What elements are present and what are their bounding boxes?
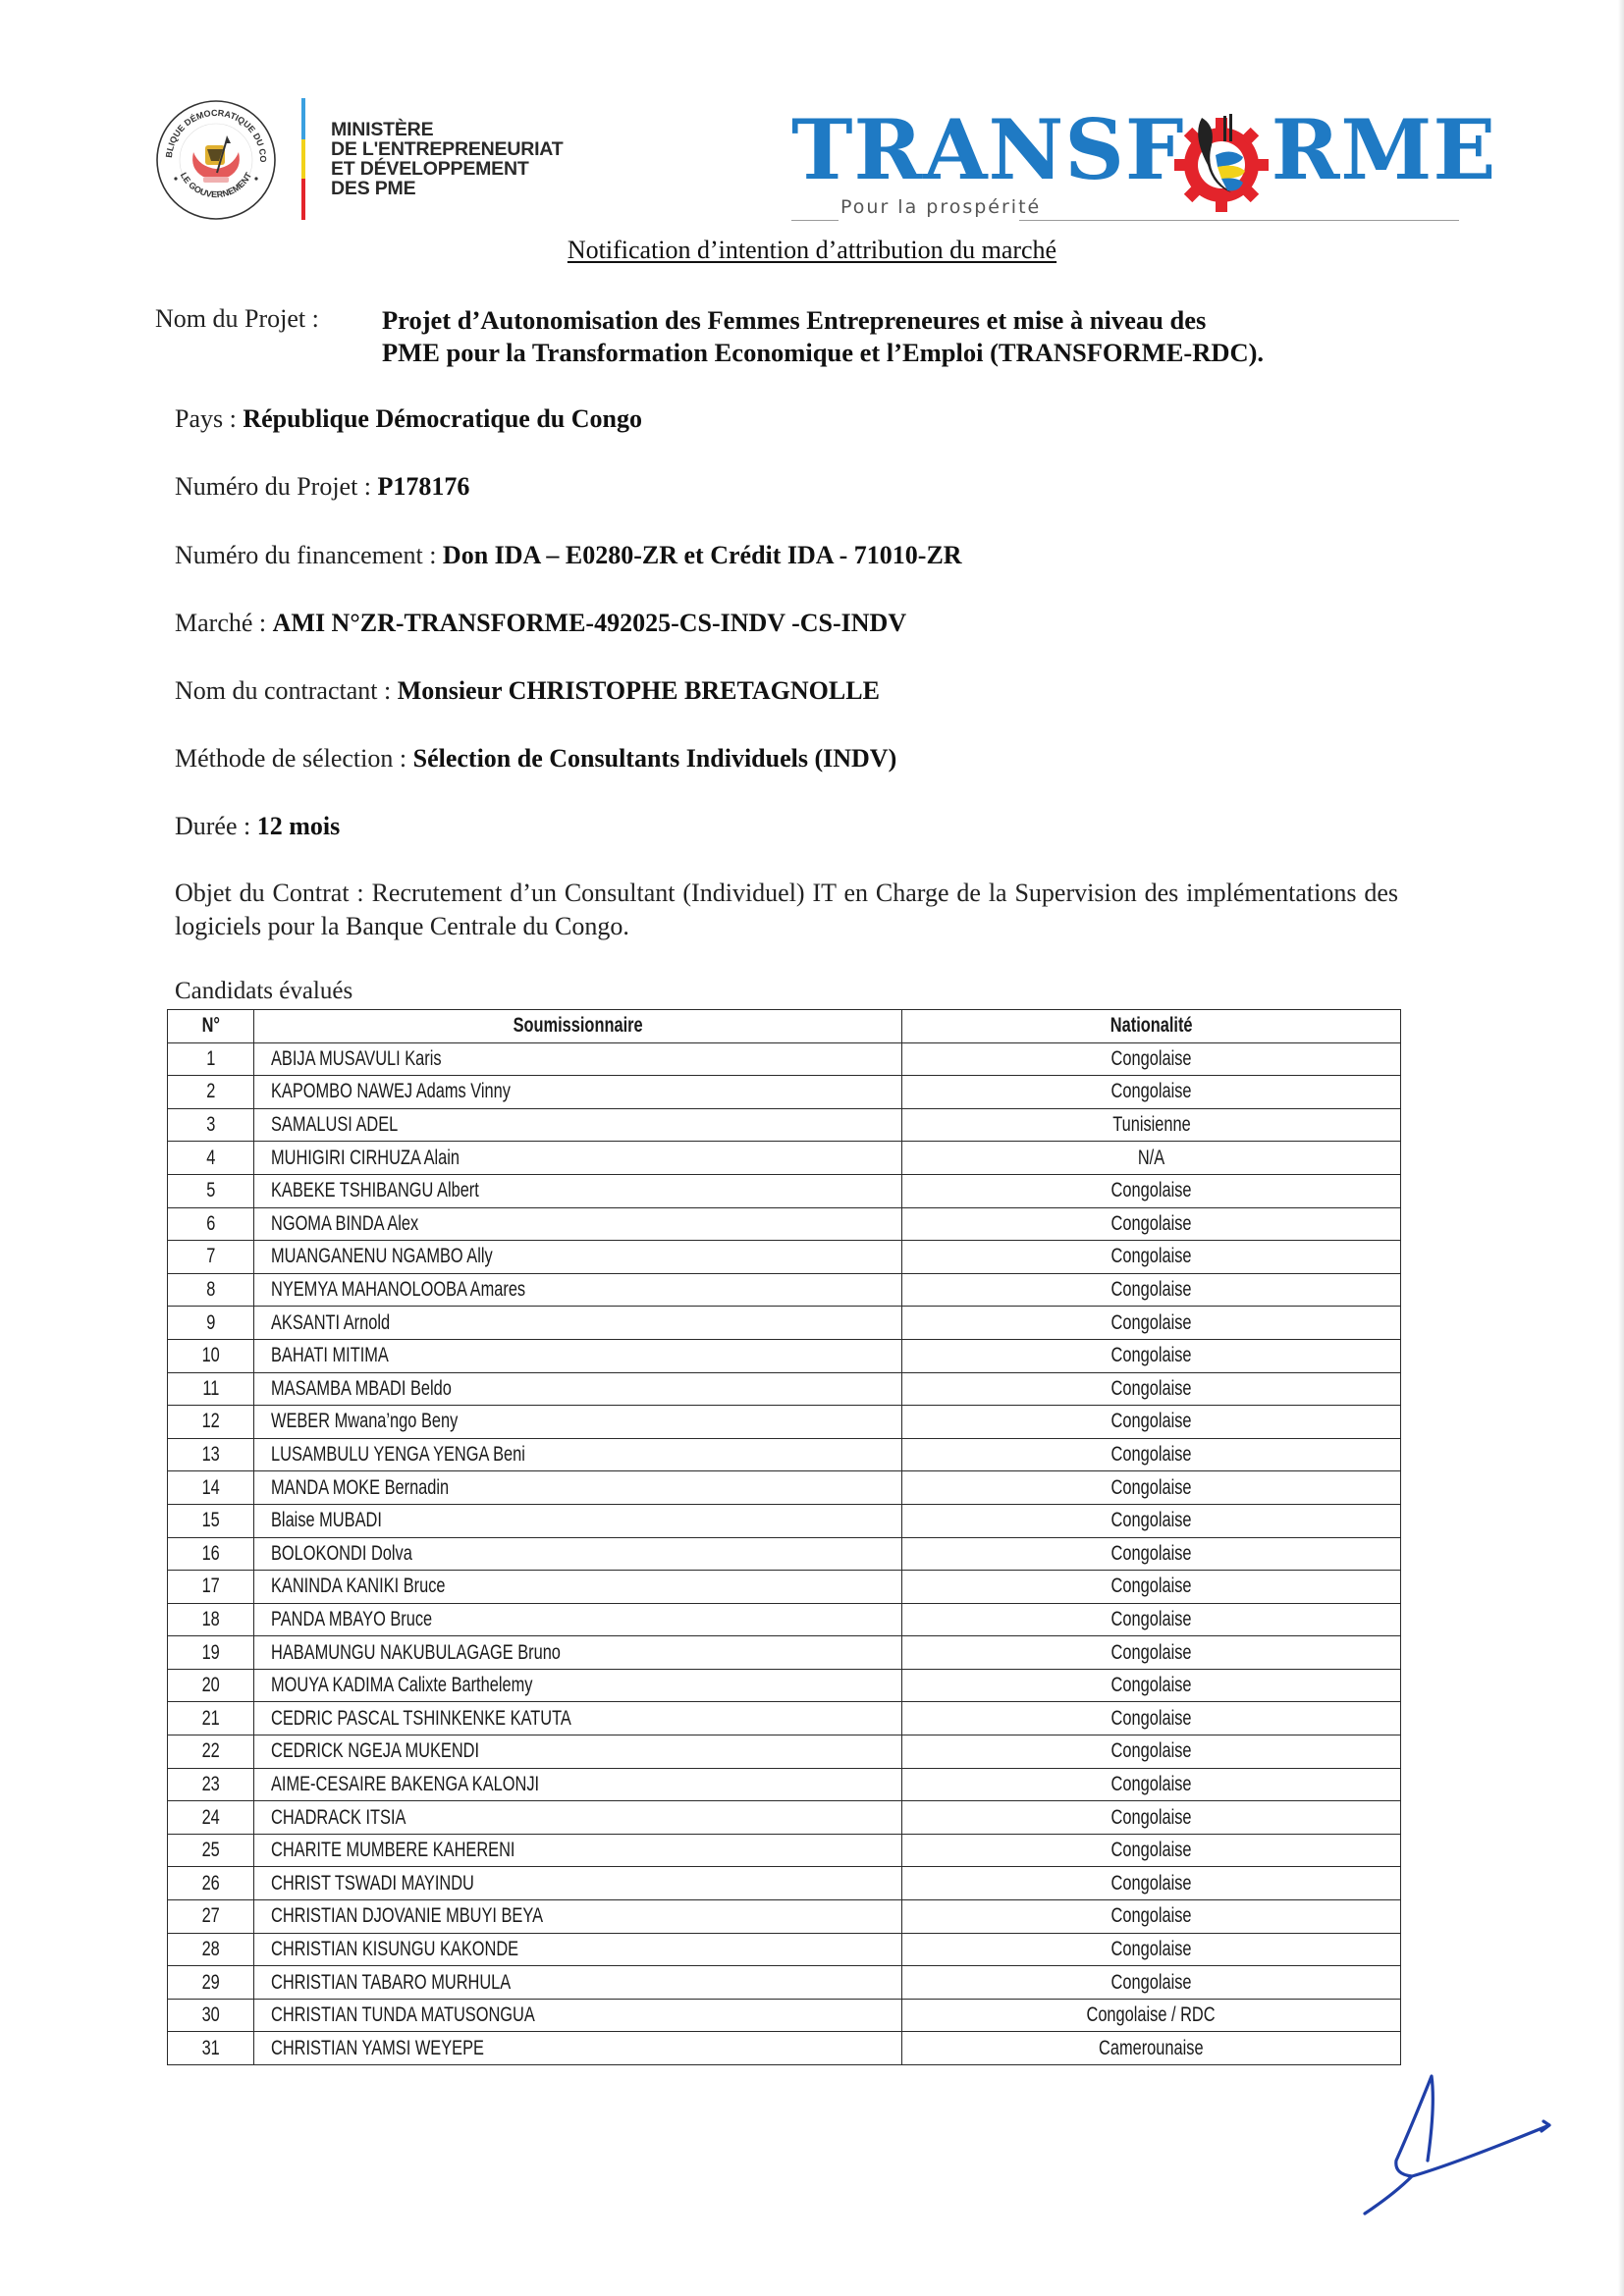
project-name: Projet d’Autonomisation des Femmes Entre… [382,304,1264,369]
row-number: 31 [168,2032,254,2065]
table-row: 5KABEKE TSHIBANGU AlbertCongolaise [168,1174,1401,1207]
table-header-row: N° Soumissionnaire Nationalité [168,1010,1401,1043]
field-country: Pays : République Démocratique du Congo [175,404,642,434]
row-number: 20 [168,1669,254,1702]
nationality: Congolaise [902,1207,1401,1241]
table-row: 23AIME-CESAIRE BAKENGA KALONJICongolaise [168,1768,1401,1801]
row-number: 4 [168,1142,254,1175]
nationality: Congolaise [902,1669,1401,1702]
bidder-name: SAMALUSI ADEL [254,1108,902,1142]
row-number: 14 [168,1471,254,1505]
nationality: Congolaise [902,1768,1401,1801]
bidder-name: HABAMUNGU NAKUBULAGAGE Bruno [254,1636,902,1670]
table-row: 13LUSAMBULU YENGA YENGA BeniCongolaise [168,1438,1401,1471]
bidder-name: BAHATI MITIMA [254,1339,902,1372]
row-number: 18 [168,1603,254,1636]
candidates-table: N° Soumissionnaire Nationalité 1ABIJA MU… [167,1009,1401,2065]
signature-icon [1355,2066,1571,2223]
nationality: Congolaise [902,1603,1401,1636]
candidates-label: Candidats évalués [175,978,352,1005]
row-number: 28 [168,1933,254,1966]
bidder-name: AKSANTI Arnold [254,1307,902,1340]
bidder-name: KAPOMBO NAWEJ Adams Vinny [254,1076,902,1109]
table-row: 18PANDA MBAYO BruceCongolaise [168,1603,1401,1636]
nationality: Congolaise [902,1076,1401,1109]
bidder-name: MUHIGIRI CIRHUZA Alain [254,1142,902,1175]
bidder-name: CHRISTIAN TABARO MURHULA [254,1966,902,2000]
ministry-name: MINISTÈRE DE L'ENTREPRENEURIAT ET DÉVELO… [331,120,563,220]
bidder-name: AIME-CESAIRE BAKENGA KALONJI [254,1768,902,1801]
bidder-name: CHARITE MUMBERE KAHERENI [254,1834,902,1867]
bidder-name: MANDA MOKE Bernadin [254,1471,902,1505]
nationality: Congolaise [902,1504,1401,1537]
bidder-name: Blaise MUBADI [254,1504,902,1537]
nationality: Congolaise [902,1636,1401,1670]
nationality: Congolaise [902,1273,1401,1307]
row-number: 26 [168,1867,254,1900]
field-project-number: Numéro du Projet : P178176 [175,472,469,502]
table-row: 8NYEMYA MAHANOLOOBA AmaresCongolaise [168,1273,1401,1307]
table-row: 27CHRISTIAN DJOVANIE MBUYI BEYACongolais… [168,1900,1401,1934]
row-number: 8 [168,1273,254,1307]
nationality: Congolaise [902,1702,1401,1735]
table-row: 25CHARITE MUMBERE KAHERENICongolaise [168,1834,1401,1867]
table-row: 24CHADRACK ITSIACongolaise [168,1801,1401,1835]
table-row: 17KANINDA KANIKI BruceCongolaise [168,1571,1401,1604]
flag-color-bar [301,98,305,220]
row-number: 9 [168,1307,254,1340]
table-row: 15Blaise MUBADICongolaise [168,1504,1401,1537]
bidder-name: CHRISTIAN YAMSI WEYEPE [254,2032,902,2065]
table-row: 9AKSANTI ArnoldCongolaise [168,1307,1401,1340]
row-number: 3 [168,1108,254,1142]
row-number: 13 [168,1438,254,1471]
nationality: Congolaise [902,1406,1401,1439]
table-row: 7MUANGANENU NGAMBO AllyCongolaise [168,1241,1401,1274]
brand-tagline: Pour la prospérité [840,196,1041,218]
nationality: Congolaise [902,1834,1401,1867]
field-financing-number: Numéro du financement : Don IDA – E0280-… [175,541,962,570]
field-duration: Durée : 12 mois [175,812,340,841]
table-row: 2KAPOMBO NAWEJ Adams VinnyCongolaise [168,1076,1401,1109]
table-row: 12WEBER Mwana’ngo BenyCongolaise [168,1406,1401,1439]
table-row: 10BAHATI MITIMACongolaise [168,1339,1401,1372]
nationality: Camerounaise [902,2032,1401,2065]
bidder-name: LUSAMBULU YENGA YENGA Beni [254,1438,902,1471]
contract-object: Objet du Contrat : Recrutement d’un Cons… [175,877,1398,943]
table-row: 11MASAMBA MBADI BeldoCongolaise [168,1372,1401,1406]
row-number: 10 [168,1339,254,1372]
row-number: 5 [168,1174,254,1207]
table-row: 4MUHIGIRI CIRHUZA AlainN/A [168,1142,1401,1175]
bidder-name: MUANGANENU NGAMBO Ally [254,1241,902,1274]
bidder-name: ABIJA MUSAVULI Karis [254,1042,902,1076]
nationality: Congolaise [902,1339,1401,1372]
nationality: Congolaise [902,1933,1401,1966]
project-label: Nom du Projet : [155,304,319,334]
nationality: Congolaise / RDC [902,1999,1401,2032]
nationality: Congolaise [902,1372,1401,1406]
bidder-name: PANDA MBAYO Bruce [254,1603,902,1636]
row-number: 27 [168,1900,254,1934]
nationality: Congolaise [902,1438,1401,1471]
bidder-name: CEDRIC PASCAL TSHINKENKE KATUTA [254,1702,902,1735]
bidder-name: CEDRICK NGEJA MUKENDI [254,1735,902,1769]
row-number: 19 [168,1636,254,1670]
nationality: Congolaise [902,1174,1401,1207]
bidder-name: WEBER Mwana’ngo Beny [254,1406,902,1439]
bidder-name: NYEMYA MAHANOLOOBA Amares [254,1273,902,1307]
transforme-logo: TRANSFRME Pour la prospérité [791,106,1459,224]
row-number: 23 [168,1768,254,1801]
row-number: 15 [168,1504,254,1537]
row-number: 30 [168,1999,254,2032]
row-number: 17 [168,1571,254,1604]
nationality: Congolaise [902,1571,1401,1604]
table-row: 3SAMALUSI ADELTunisienne [168,1108,1401,1142]
page-edge [1618,0,1624,2296]
bidder-name: KABEKE TSHIBANGU Albert [254,1174,902,1207]
column-header-number: N° [168,1010,254,1043]
field-selection-method: Méthode de sélection : Sélection de Cons… [175,744,896,774]
bidder-name: CHRISTIAN TUNDA MATUSONGUA [254,1999,902,2032]
brand-wordmark: TRANSFRME [791,106,1496,194]
nationality: Congolaise [902,1735,1401,1769]
table-row: 30CHRISTIAN TUNDA MATUSONGUACongolaise /… [168,1999,1401,2032]
row-number: 1 [168,1042,254,1076]
row-number: 25 [168,1834,254,1867]
nationality: Congolaise [902,1801,1401,1835]
nationality: N/A [902,1142,1401,1175]
row-number: 16 [168,1537,254,1571]
row-number: 24 [168,1801,254,1835]
table-row: 26CHRIST TSWADI MAYINDUCongolaise [168,1867,1401,1900]
nationality: Congolaise [902,1867,1401,1900]
row-number: 12 [168,1406,254,1439]
bidder-name: CHRISTIAN KISUNGU KAKONDE [254,1933,902,1966]
nationality: Congolaise [902,1537,1401,1571]
bidder-name: MASAMBA MBADI Beldo [254,1372,902,1406]
nationality: Congolaise [902,1241,1401,1274]
nationality: Congolaise [902,1042,1401,1076]
bidder-name: KANINDA KANIKI Bruce [254,1571,902,1604]
row-number: 2 [168,1076,254,1109]
column-header-nationality: Nationalité [902,1010,1401,1043]
column-header-bidder: Soumissionnaire [254,1010,902,1043]
bidder-name: BOLOKONDI Dolva [254,1537,902,1571]
drc-government-seal-icon: RÉPUBLIQUE DÉMOCRATIQUE DU CONGO LE GOUV… [154,98,278,222]
row-number: 22 [168,1735,254,1769]
table-row: 14MANDA MOKE BernadinCongolaise [168,1471,1401,1505]
row-number: 6 [168,1207,254,1241]
document-title: Notification d’intention d’attribution d… [0,236,1624,265]
nationality: Congolaise [902,1966,1401,2000]
bidder-name: CHRISTIAN DJOVANIE MBUYI BEYA [254,1900,902,1934]
field-contractor: Nom du contractant : Monsieur CHRISTOPHE… [175,676,880,706]
table-row: 6NGOMA BINDA AlexCongolaise [168,1207,1401,1241]
row-number: 21 [168,1702,254,1735]
nationality: Congolaise [902,1307,1401,1340]
table-row: 29CHRISTIAN TABARO MURHULACongolaise [168,1966,1401,2000]
tagline-row: Pour la prospérité [791,196,1459,222]
table-row: 19HABAMUNGU NAKUBULAGAGE BrunoCongolaise [168,1636,1401,1670]
bidder-name: CHRIST TSWADI MAYINDU [254,1867,902,1900]
row-number: 11 [168,1372,254,1406]
row-number: 7 [168,1241,254,1274]
field-market: Marché : AMI N°ZR-TRANSFORME-492025-CS-I… [175,609,906,638]
bidder-name: NGOMA BINDA Alex [254,1207,902,1241]
table-row: 22CEDRICK NGEJA MUKENDICongolaise [168,1735,1401,1769]
table-row: 28CHRISTIAN KISUNGU KAKONDECongolaise [168,1933,1401,1966]
table-row: 1ABIJA MUSAVULI KarisCongolaise [168,1042,1401,1076]
bidder-name: CHADRACK ITSIA [254,1801,902,1835]
row-number: 29 [168,1966,254,2000]
table-row: 16BOLOKONDI DolvaCongolaise [168,1537,1401,1571]
ministry-block: MINISTÈRE DE L'ENTREPRENEURIAT ET DÉVELO… [301,98,563,220]
nationality: Tunisienne [902,1108,1401,1142]
table-row: 21CEDRIC PASCAL TSHINKENKE KATUTACongola… [168,1702,1401,1735]
bidder-name: MOUYA KADIMA Calixte Barthelemy [254,1669,902,1702]
table-row: 31CHRISTIAN YAMSI WEYEPECamerounaise [168,2032,1401,2065]
nationality: Congolaise [902,1900,1401,1934]
table-row: 20MOUYA KADIMA Calixte BarthelemyCongola… [168,1669,1401,1702]
nationality: Congolaise [902,1471,1401,1505]
